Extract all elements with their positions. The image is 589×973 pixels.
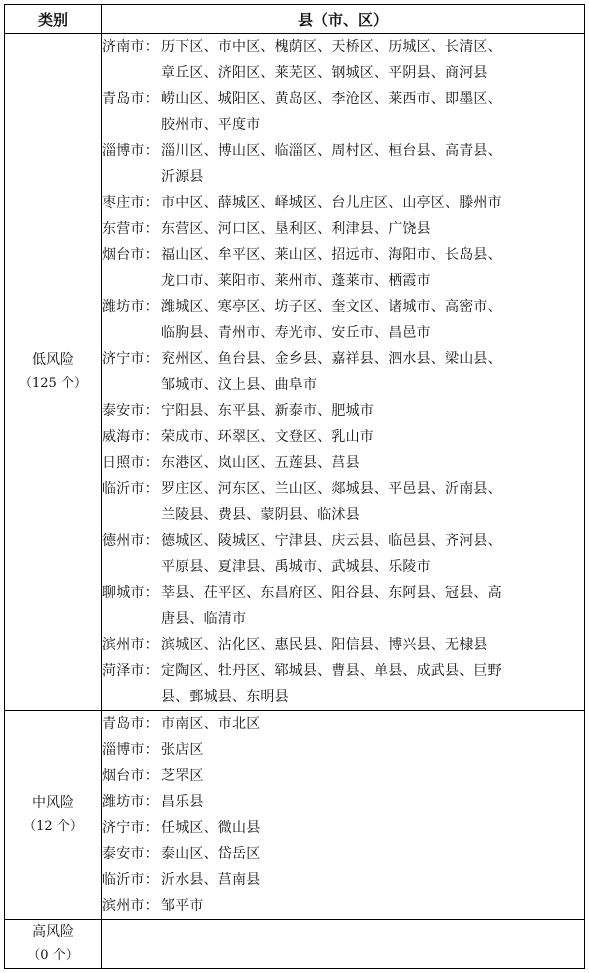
city-entry: 聊城市：莘县、茌平区、东昌府区、阳谷县、东阿县、冠县、高唐县、临清市 xyxy=(102,580,584,632)
city-entry: 淄博市：淄川区、博山区、临淄区、周村区、桓台县、高青县、沂源县 xyxy=(102,138,584,190)
city-name: 日照市： xyxy=(102,450,161,476)
city-entry: 临沂市：沂水县、莒南县 xyxy=(102,867,584,893)
city-name: 滨州市： xyxy=(102,632,161,658)
risk-level-table: 类别 县（市、区） 低风险 （125 个） 济南市：历下区、市中区、槐荫区、天桥… xyxy=(4,4,585,969)
city-name: 青岛市： xyxy=(102,711,161,737)
category-cell-medium-risk: 中风险 （12 个） xyxy=(5,711,102,920)
county-list: 淄川区、博山区、临淄区、周村区、桓台县、高青县、沂源县 xyxy=(161,138,511,190)
county-list: 崂山区、城阳区、黄岛区、李沧区、莱西市、即墨区、胶州市、平度市 xyxy=(161,86,511,138)
city-entry: 滨州市：邹平市 xyxy=(102,893,584,919)
category-label: 高风险 xyxy=(5,920,101,944)
category-cell-low-risk: 低风险 （125 个） xyxy=(5,34,102,711)
city-name: 济南市： xyxy=(102,34,161,86)
county-list: 德城区、陵城区、宁津县、庆云县、临邑县、齐河县、平原县、夏津县、禹城市、武城县、… xyxy=(161,528,511,580)
city-entry: 青岛市：崂山区、城阳区、黄岛区、李沧区、莱西市、即墨区、胶州市、平度市 xyxy=(102,86,584,138)
city-name: 泰安市： xyxy=(102,841,161,867)
city-name: 烟台市： xyxy=(102,242,161,294)
county-list: 东港区、岚山区、五莲县、莒县 xyxy=(161,450,511,476)
table-header-row: 类别 县（市、区） xyxy=(5,5,585,34)
city-name: 青岛市： xyxy=(102,86,161,138)
city-entry: 威海市：荣成市、环翠区、文登区、乳山市 xyxy=(102,424,584,450)
city-name: 临沂市： xyxy=(102,476,161,528)
header-category: 类别 xyxy=(5,5,102,34)
city-entry: 济宁市：任城区、微山县 xyxy=(102,815,584,841)
category-count: （125 个） xyxy=(5,372,101,396)
city-name: 东营市： xyxy=(102,216,161,242)
city-name: 临沂市： xyxy=(102,867,161,893)
city-name: 济宁市： xyxy=(102,346,161,398)
city-entry: 泰安市：宁阳县、东平县、新泰市、肥城市 xyxy=(102,398,584,424)
county-list: 邹平市 xyxy=(161,893,511,919)
city-name: 潍坊市： xyxy=(102,294,161,346)
city-name: 淄博市： xyxy=(102,138,161,190)
county-list: 莘县、茌平区、东昌府区、阳谷县、东阿县、冠县、高唐县、临清市 xyxy=(161,580,511,632)
city-entry: 淄博市：张店区 xyxy=(102,737,584,763)
row-low-risk: 低风险 （125 个） 济南市：历下区、市中区、槐荫区、天桥区、历城区、长清区、… xyxy=(5,34,585,711)
city-name: 烟台市： xyxy=(102,763,161,789)
category-label: 中风险 xyxy=(5,791,101,815)
city-name: 滨州市： xyxy=(102,893,161,919)
city-entry: 临沂市：罗庄区、河东区、兰山区、郯城县、平邑县、沂南县、兰陵县、费县、蒙阴县、临… xyxy=(102,476,584,528)
city-name: 济宁市： xyxy=(102,815,161,841)
category-count: （0 个） xyxy=(5,944,101,968)
row-high-risk: 高风险 （0 个） xyxy=(5,920,585,969)
city-entry: 泰安市：泰山区、岱岳区 xyxy=(102,841,584,867)
counties-cell-low-risk: 济南市：历下区、市中区、槐荫区、天桥区、历城区、长清区、章丘区、济阳区、莱芜区、… xyxy=(102,34,585,711)
city-entry: 德州市：德城区、陵城区、宁津县、庆云县、临邑县、齐河县、平原县、夏津县、禹城市、… xyxy=(102,528,584,580)
city-entry: 日照市：东港区、岚山区、五莲县、莒县 xyxy=(102,450,584,476)
header-counties: 县（市、区） xyxy=(102,5,585,34)
city-entry: 青岛市：市南区、市北区 xyxy=(102,711,584,737)
county-list: 滨城区、沾化区、惠民县、阳信县、博兴县、无棣县 xyxy=(161,632,511,658)
county-list: 沂水县、莒南县 xyxy=(161,867,511,893)
counties-cell-high-risk xyxy=(102,920,585,969)
city-entry: 烟台市：福山区、牟平区、莱山区、招远市、海阳市、长岛县、龙口市、莱阳市、莱州市、… xyxy=(102,242,584,294)
row-medium-risk: 中风险 （12 个） 青岛市：市南区、市北区淄博市：张店区烟台市：芝罘区潍坊市：… xyxy=(5,711,585,920)
city-name: 淄博市： xyxy=(102,737,161,763)
category-count: （12 个） xyxy=(5,815,101,839)
city-name: 德州市： xyxy=(102,528,161,580)
county-list: 定陶区、牡丹区、郓城县、曹县、单县、成武县、巨野县、鄄城县、东明县 xyxy=(161,658,511,710)
county-list: 芝罘区 xyxy=(161,763,511,789)
county-list: 荣成市、环翠区、文登区、乳山市 xyxy=(161,424,511,450)
city-name: 枣庄市： xyxy=(102,190,161,216)
category-label: 低风险 xyxy=(5,348,101,372)
city-name: 威海市： xyxy=(102,424,161,450)
city-entry: 济南市：历下区、市中区、槐荫区、天桥区、历城区、长清区、章丘区、济阳区、莱芜区、… xyxy=(102,34,584,86)
county-list: 罗庄区、河东区、兰山区、郯城县、平邑县、沂南县、兰陵县、费县、蒙阴县、临沭县 xyxy=(161,476,511,528)
county-list: 泰山区、岱岳区 xyxy=(161,841,511,867)
city-entry: 菏泽市：定陶区、牡丹区、郓城县、曹县、单县、成武县、巨野县、鄄城县、东明县 xyxy=(102,658,584,710)
city-entry: 济宁市：兖州区、鱼台县、金乡县、嘉祥县、泗水县、梁山县、邹城市、汶上县、曲阜市 xyxy=(102,346,584,398)
counties-cell-medium-risk: 青岛市：市南区、市北区淄博市：张店区烟台市：芝罘区潍坊市：昌乐县济宁市：任城区、… xyxy=(102,711,585,920)
county-list: 东营区、河口区、垦利区、利津县、广饶县 xyxy=(161,216,511,242)
city-name: 潍坊市： xyxy=(102,789,161,815)
county-list: 任城区、微山县 xyxy=(161,815,511,841)
county-list: 福山区、牟平区、莱山区、招远市、海阳市、长岛县、龙口市、莱阳市、莱州市、蓬莱市、… xyxy=(161,242,511,294)
county-list: 市南区、市北区 xyxy=(161,711,511,737)
city-name: 菏泽市： xyxy=(102,658,161,710)
county-list: 宁阳县、东平县、新泰市、肥城市 xyxy=(161,398,511,424)
city-entry: 潍坊市：昌乐县 xyxy=(102,789,584,815)
city-name: 聊城市： xyxy=(102,580,161,632)
county-list: 市中区、薛城区、峄城区、台儿庄区、山亭区、滕州市 xyxy=(161,190,511,216)
county-list: 历下区、市中区、槐荫区、天桥区、历城区、长清区、章丘区、济阳区、莱芜区、钢城区、… xyxy=(161,34,511,86)
county-list: 兖州区、鱼台县、金乡县、嘉祥县、泗水县、梁山县、邹城市、汶上县、曲阜市 xyxy=(161,346,511,398)
category-cell-high-risk: 高风险 （0 个） xyxy=(5,920,102,969)
county-list: 张店区 xyxy=(161,737,511,763)
city-name: 泰安市： xyxy=(102,398,161,424)
city-entry: 潍坊市：潍城区、寒亭区、坊子区、奎文区、诸城市、高密市、临朐县、青州市、寿光市、… xyxy=(102,294,584,346)
city-entry: 烟台市：芝罘区 xyxy=(102,763,584,789)
city-entry: 东营市：东营区、河口区、垦利区、利津县、广饶县 xyxy=(102,216,584,242)
city-entry: 枣庄市：市中区、薛城区、峄城区、台儿庄区、山亭区、滕州市 xyxy=(102,190,584,216)
city-entry: 滨州市：滨城区、沾化区、惠民县、阳信县、博兴县、无棣县 xyxy=(102,632,584,658)
county-list: 昌乐县 xyxy=(161,789,511,815)
county-list: 潍城区、寒亭区、坊子区、奎文区、诸城市、高密市、临朐县、青州市、寿光市、安丘市、… xyxy=(161,294,511,346)
